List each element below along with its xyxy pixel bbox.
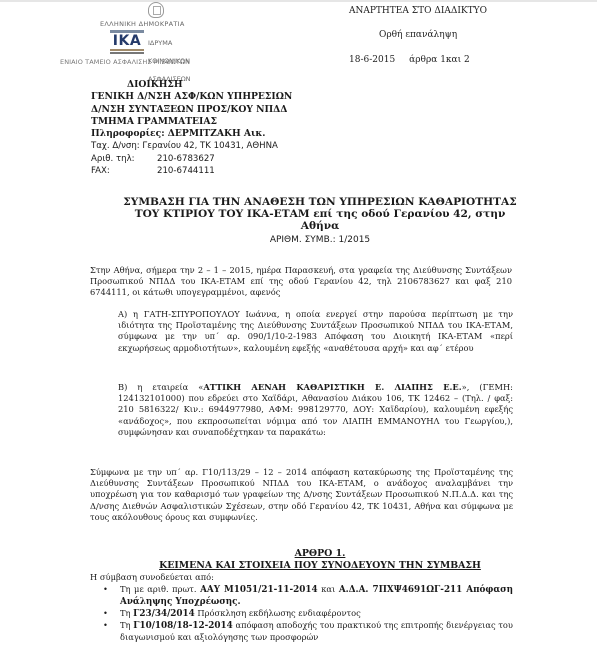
ika-logo: ΕΛΛΗΝΙΚΗ ΔΗΜΟΚΡΑΤΙΑ IKA ΙΔΡΥΜΑ ΚΟΙΝΩΝΙΚΩ… (60, 0, 260, 70)
contractor-name: ΑΤΤΙΚΗ ΑΕΝΑΗ ΚΑΘΑΡΙΣΤΙΚΗ Ε. ΛΙΑΠΗΣ Ε.Ε. (203, 382, 461, 392)
sender-block: ΔΙΟΙΚΗΣΗ ΓΕΝΙΚΗ Δ/ΝΣΗ ΑΣΦ/ΚΩΝ ΥΠΗΡΕΣΙΩΝ … (91, 79, 292, 177)
sender-address: Ταχ. Δ/νση: Γερανίου 42, ΤΚ 10431, ΑΘΗΝΑ (91, 140, 292, 152)
party-b-paragraph: Β) η εταιρεία «ΑΤΤΙΚΗ ΑΕΝΑΗ ΚΑΘΑΡΙΣΤΙΚΗ … (118, 382, 513, 438)
date-line: 18-6-2015άρθρα 1και 2 (349, 55, 470, 65)
list-item: Τη με αριθ. πρωτ. ΑΑΥ Μ1051/21-11-2014 κ… (90, 584, 513, 608)
document-date: 18-6-2015 (349, 55, 395, 65)
sender-directorate: Δ/ΝΣΗ ΣΥΝΤΑΞΕΩΝ ΠΡΟΣ/ΚΟΥ ΝΠΔΔ (91, 104, 292, 116)
logo-republic-text: ΕΛΛΗΝΙΚΗ ΔΗΜΟΚΡΑΤΙΑ (100, 20, 185, 28)
correction-note: Ορθή επανάληψη (379, 30, 457, 40)
accompanied-by-text: Η σύμβαση συνοδεύεται από: (90, 572, 214, 582)
coat-of-arms-icon (148, 2, 164, 18)
sender-admin: ΔΙΟΙΚΗΣΗ (91, 79, 292, 91)
sender-general-directorate: ΓΕΝΙΚΗ Δ/ΝΣΗ ΑΣΦ/ΚΩΝ ΥΠΗΡΕΣΙΩΝ (91, 91, 292, 103)
sender-phone-row: Αριθ. τηλ:210-6783627 (91, 153, 292, 165)
logo-fund-text: ΕΝΙΑΙΟ ΤΑΜΕΙΟ ΑΣΦΑΛΙΣΗΣ ΜΙΣΘΩΤΩΝ (60, 58, 190, 66)
sender-phone: 210-6783627 (157, 154, 215, 164)
party-a-paragraph: Α) η ΓΑΤΗ-ΣΠΥΡΟΠΟΥΛΟΥ Ιωάννα, η οποία εν… (118, 309, 513, 354)
contract-title: ΣΥΜΒΑΣΗ ΓΙΑ ΤΗΝ ΑΝΑΘΕΣΗ ΤΩΝ ΥΠΗΡΕΣΙΩΝ ΚΑ… (80, 197, 560, 232)
intro-paragraph: Στην Αθήνα, σήμερα την 2 – 1 – 2015, ημέ… (90, 265, 512, 299)
article-1-heading: ΑΡΘΡΟ 1. ΚΕΙΜΕΝΑ ΚΑΙ ΣΤΟΙΧΕΙΑ ΠΟΥ ΣΥΝΟΔΕ… (80, 548, 560, 571)
agreement-paragraph: Σύμφωνα με την υπ΄ αρ. Γ10/113/29 – 12 –… (90, 467, 513, 523)
articles-note: άρθρα 1και 2 (409, 55, 470, 65)
ika-mark-icon: IKA (108, 30, 146, 56)
sender-department: ΤΜΗΜΑ ΓΡΑΜΜΑΤΕΙΑΣ (91, 116, 292, 128)
contract-number: ΑΡΙΘΜ. ΣΥΜΒ.: 1/2015 (80, 235, 560, 245)
attachments-list: Τη με αριθ. πρωτ. ΑΑΥ Μ1051/21-11-2014 κ… (90, 584, 513, 644)
publish-note: ΑΝΑΡΤΗΤΕΑ ΣΤΟ ΔΙΑΔΙΚΤΥΟ (349, 6, 487, 16)
sender-fax-row: FAX:210-6744111 (91, 165, 292, 177)
list-item: Τη Γ10/108/18-12-2014 απόφαση αποδοχής τ… (90, 620, 513, 644)
sender-fax: 210-6744111 (157, 166, 215, 176)
logo-acronym: IKA (110, 34, 144, 48)
sender-info: Πληροφορίες: ΔΕΡΜΙΤΖΑΚΗ Αικ. (91, 128, 292, 140)
list-item: Τη Γ23/34/2014 Πρόσκληση εκδήλωσης ενδια… (90, 608, 513, 620)
